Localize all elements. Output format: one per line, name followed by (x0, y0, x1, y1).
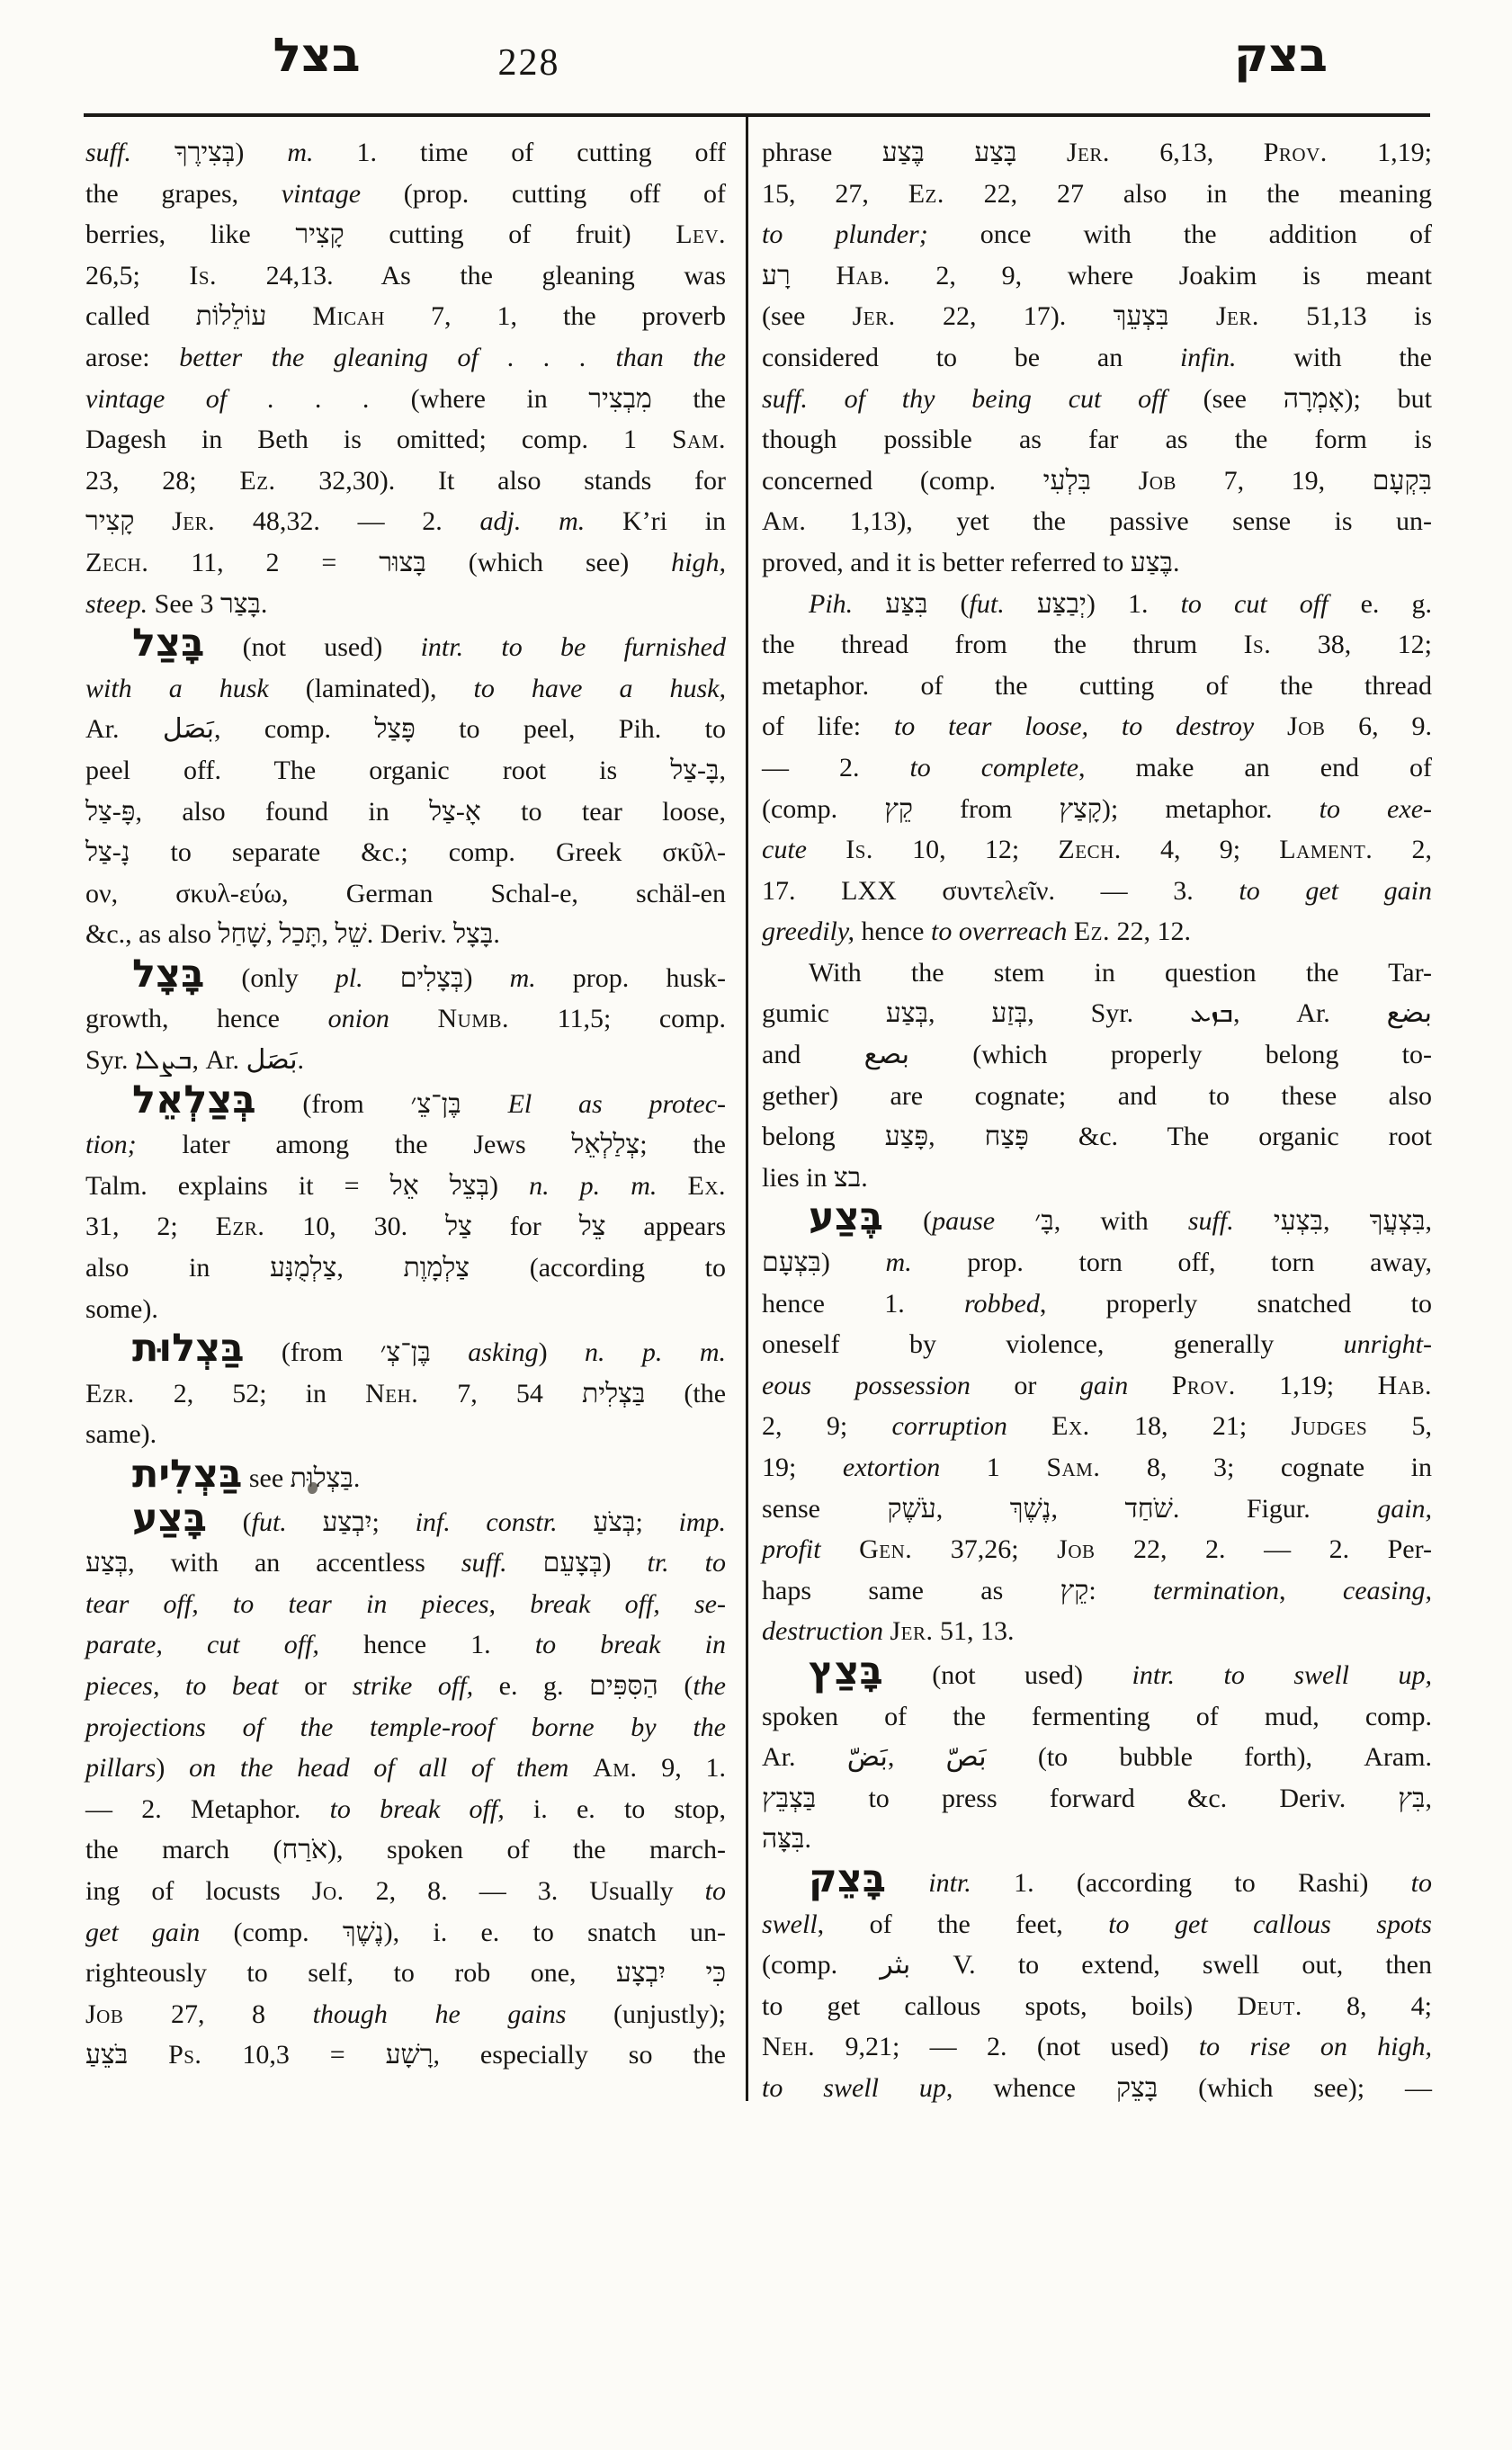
text-line: growth, hence onion Numb. 11,5; comp. (85, 998, 726, 1040)
text-line: (see Jer. 22, 17). בִּצְעֵךְ Jer. 51,13 … (762, 296, 1432, 337)
text-line: concerned (comp. בִּלְעִי Job 7, 19, בִּ… (762, 460, 1432, 502)
dictionary-paragraph: בָּצַע (fut. יִבְצַע; inf. constr. בְּצֹ… (85, 1499, 726, 2076)
text-line: בָּצַץ (not used) intr. to swell up, (762, 1652, 1432, 1696)
text-line: arose: better the gleaning of . . . than… (85, 337, 726, 379)
text-line: greedily, hence to overreach Ez. 22, 12. (762, 911, 1432, 952)
dictionary-paragraph: בַּצְלוּת (from בֶּן־צְ׳ asking) n. p. m… (85, 1329, 726, 1455)
running-head-left-word: בצל (273, 27, 360, 85)
text-line: vintage of . . . (where in מִבְצִיר the (85, 379, 726, 420)
text-line: בֶּצַע (pause בָּ׳, with suff. בִּצְעִי,… (762, 1198, 1432, 1242)
text-line: the thread from the thrum Is. 38, 12; (762, 624, 1432, 666)
page-number: 228 (498, 40, 560, 86)
text-line: proved, and it is better referred to בֶּ… (762, 542, 1432, 584)
dictionary-paragraph: בָּצֵק intr. 1. (according to Rashi) tos… (762, 1860, 1432, 2109)
text-line: eous possession or gain Prov. 1,19; Hab. (762, 1365, 1432, 1407)
dictionary-paragraph: בַּצְלִית see בַּצְלוּת. (85, 1455, 726, 1499)
text-line: בֹּצֵעַ Ps. 10,3 = רָשָׁע, especially so… (85, 2034, 726, 2076)
text-line: parate, cut off, hence 1. to break in (85, 1624, 726, 1666)
text-line: pieces, to beat or strike off, e. g. הַס… (85, 1666, 726, 1707)
text-line: called עוֹלֵלוֹת Micah 7, 1, the proverb (85, 296, 726, 337)
text-line: cute Is. 10, 12; Zech. 4, 9; Lament. 2, (762, 829, 1432, 871)
dictionary-page: בצל 228 בצק suff. בְּצִירֶךָ) m. 1. time… (0, 0, 1512, 2450)
dictionary-paragraph: phrase בָּצַע בֶּצַע Jer. 6,13, Prov. 1,… (762, 132, 1432, 584)
text-line: Ezr. 2, 52; in Neh. 7, 54 בַּצְלִית (the (85, 1373, 726, 1415)
text-line: with a husk (laminated), to have a husk, (85, 668, 726, 710)
text-line: קָצִיר Jer. 48,32. — 2. adj. m. K’ri in (85, 501, 726, 542)
column-divider-rule (746, 117, 748, 2101)
text-line: נָ-צַל to separate &c.; comp. Greek σκῦλ… (85, 832, 726, 873)
text-line: steep. See בָּצַר 3. (85, 584, 726, 625)
text-line: sense עֹשֶׁק,‎ נֶשֶׁךְ,‎ שֹׁחַד. Figur. … (762, 1489, 1432, 1530)
text-line: to plunder; once with the addition of (762, 214, 1432, 255)
text-line: (comp. קֵץ from קָצַץ); metaphor. to exe… (762, 789, 1432, 830)
text-line: righteously to self, to rob one, כִּי יִ… (85, 1953, 726, 1994)
dictionary-paragraph: Pih. בִּצַּע (fut. יְבַצַּע) 1. to cut o… (762, 584, 1432, 952)
text-line: also in צַלְמֻנָּע,‎ צַלְמָוֶת (accordin… (85, 1247, 726, 1289)
text-line: hence 1. robbed, properly snatched to (762, 1283, 1432, 1325)
text-line: profit Gen. 37,26; Job 22, 2. — 2. Per- (762, 1529, 1432, 1570)
text-line: פָּ-צַל, also found in אָ-צַל to tear lo… (85, 791, 726, 833)
text-line: considered to be an infin. with the (762, 337, 1432, 379)
text-line: gumic בְּצַע,‎ בְּזַע, Syr. ܒܙܥ, Ar. بضع (762, 993, 1432, 1034)
right-column: phrase בָּצַע בֶּצַע Jer. 6,13, Prov. 1,… (762, 132, 1432, 2109)
text-line: lies in בצ. (762, 1158, 1432, 1199)
text-line: to swell up, whence בָּצֵק (which see); … (762, 2068, 1432, 2109)
text-line: get gain (comp. נֶשֶׁךְ), i. e. to snatc… (85, 1912, 726, 1954)
text-line: בַּצְבֵּץ to press forward &c. Deriv. בִ… (762, 1778, 1432, 1820)
text-line: Ar. بَصَل, comp. פָּצַל to peel, Pih. to (85, 709, 726, 750)
dictionary-paragraph: בֶּצַע (pause בָּ׳, with suff. בִּצְעִי,… (762, 1198, 1432, 1652)
text-line: same). (85, 1414, 726, 1455)
text-line: (comp. بثر V. to extend, swell out, then (762, 1945, 1432, 1986)
text-line: suff. בְּצִירֶךָ) m. 1. time of cutting … (85, 132, 726, 174)
text-line: — 2. Metaphor. to break off, i. e. to st… (85, 1789, 726, 1830)
text-line: רָע Hab. 2, 9, where Joakim is meant (762, 255, 1432, 297)
text-line: Syr. ܒܨܠܐ, Ar. بَصَل. (85, 1040, 726, 1081)
left-column: suff. בְּצִירֶךָ) m. 1. time of cutting … (85, 132, 726, 2076)
text-line: ον, σκυλ-εύω, German Schal-e, schäl-en (85, 873, 726, 915)
text-line: destruction Jer. 51, 13. (762, 1611, 1432, 1652)
text-line: &c., as also שָׁחַל,‎ תָּכַל,‎ שֵׁל. Der… (85, 914, 726, 955)
text-line: berries, like קָצִיר cutting of fruit) L… (85, 214, 726, 255)
dictionary-paragraph: With the stem in question the Tar-gumic … (762, 952, 1432, 1199)
text-line: though possible as far as the form is (762, 419, 1432, 460)
text-line: With the stem in question the Tar- (762, 952, 1432, 994)
text-line: בַּצְלִית see בַּצְלוּת. (85, 1455, 726, 1499)
text-line: Job 27, 8 though he gains (unjustly); (85, 1994, 726, 2035)
text-line: oneself by violence, generally unright- (762, 1324, 1432, 1365)
text-line: בְּצַלְאֵל (from בֶּן־צֵ׳ El as protec- (85, 1081, 726, 1125)
text-line: the grapes, vintage (prop. cutting off o… (85, 174, 726, 215)
text-line: gether) are cognate; and to these also (762, 1076, 1432, 1117)
text-line: Am. 1,13), yet the passive sense is un- (762, 501, 1432, 542)
text-line: to get callous spots, boils) Deut. 8, 4; (762, 1986, 1432, 2027)
text-line: suff. of thy being cut off (see אָמְרָה)… (762, 379, 1432, 420)
text-line: Zech. 11, 2 = בָּצוּר (which see) high, (85, 542, 726, 584)
text-line: some). (85, 1289, 726, 1330)
dictionary-paragraph: בְּצַלְאֵל (from בֶּן־צֵ׳ El as protec-t… (85, 1081, 726, 1330)
text-line: בִּצְעָם) m. prop. torn off, torn away, (762, 1242, 1432, 1283)
running-head-right-word: בצק (1234, 27, 1328, 85)
text-line: and بصع (which properly belong to- (762, 1034, 1432, 1076)
text-line: 17. LXX συντελεῖν. — 3. to get gain (762, 871, 1432, 912)
dictionary-paragraph: suff. בְּצִירֶךָ) m. 1. time of cutting … (85, 132, 726, 624)
text-line: projections of the temple-roof borne by … (85, 1707, 726, 1748)
text-line: בָּצַע (fut. יִבְצַע; inf. constr. בְּצֹ… (85, 1499, 726, 1543)
dictionary-paragraph: בָּצַץ (not used) intr. to swell up,spok… (762, 1652, 1432, 1860)
text-line: Pih. בִּצַּע (fut. יְבַצַּע) 1. to cut o… (762, 584, 1432, 625)
text-line: 31, 2; Ezr. 10, 30. צַל for צֵל appears (85, 1206, 726, 1247)
text-line: 15, 27, Ez. 22, 27 also in the meaning (762, 174, 1432, 215)
text-line: metaphor. of the cutting of the thread (762, 666, 1432, 707)
text-line: of life: to tear loose, to destroy Job 6… (762, 706, 1432, 747)
text-line: בָּצֵק intr. 1. (according to Rashi) to (762, 1860, 1432, 1904)
text-line: Talm. explains it = בְּצֵל אֵל) n. p. m.… (85, 1166, 726, 1207)
text-line: peel off. The organic root is בָּ-צַל, (85, 750, 726, 791)
text-line: tear off, to tear in pieces, break off, … (85, 1584, 726, 1625)
text-line: pillars) on the head of all of them Am. … (85, 1748, 726, 1789)
header-rule (84, 113, 1430, 117)
text-line: — 2. to complete, make an end of (762, 747, 1432, 789)
text-line: 2, 9; corruption Ex. 18, 21; Judges 5, (762, 1406, 1432, 1447)
text-line: 19; extortion 1 Sam. 8, 3; cognate in (762, 1447, 1432, 1489)
text-line: בִּצָּה. (762, 1819, 1432, 1860)
text-line: בַּצְלוּת (from בֶּן־צְ׳ asking) n. p. m… (85, 1329, 726, 1373)
text-line: spoken of the fermenting of mud, comp. (762, 1696, 1432, 1738)
text-line: בָּצָל (only pl. בְּצָלִים) m. prop. hus… (85, 955, 726, 999)
text-line: 26,5; Is. 24,13. As the gleaning was (85, 255, 726, 297)
text-line: Ar. بَضّ,‎ بَصّ (to bubble forth), Aram. (762, 1737, 1432, 1778)
text-line: phrase בָּצַע בֶּצַע Jer. 6,13, Prov. 1,… (762, 132, 1432, 174)
text-line: Dagesh in Beth is omitted; comp. 1 Sam. (85, 419, 726, 460)
text-line: ing of locusts Jo. 2, 8. — 3. Usually to (85, 1871, 726, 1912)
text-line: בָּצַל (not used) intr. to be furnished (85, 624, 726, 668)
text-line: Neh. 9,21; — 2. (not used) to rise on hi… (762, 2026, 1432, 2068)
text-line: swell, of the feet, to get callous spots (762, 1904, 1432, 1945)
text-line: tion; later among the Jews צְלַלְאֵל; th… (85, 1124, 726, 1166)
dictionary-paragraph: בָּצַל (not used) intr. to be furnishedw… (85, 624, 726, 955)
dictionary-paragraph: בָּצָל (only pl. בְּצָלִים) m. prop. hus… (85, 955, 726, 1081)
text-line: belong פָּצַע,‎ פָּצַח &c. The organic r… (762, 1116, 1432, 1158)
text-line: בְּצַע, with an accentless suff. בְּצָעֵ… (85, 1542, 726, 1584)
text-line: 23, 28; Ez. 32,30). It also stands for (85, 460, 726, 502)
text-line: haps same as קֵץ: termination, ceasing, (762, 1570, 1432, 1612)
text-line: the march (אֹרַח), spoken of the march- (85, 1829, 726, 1871)
